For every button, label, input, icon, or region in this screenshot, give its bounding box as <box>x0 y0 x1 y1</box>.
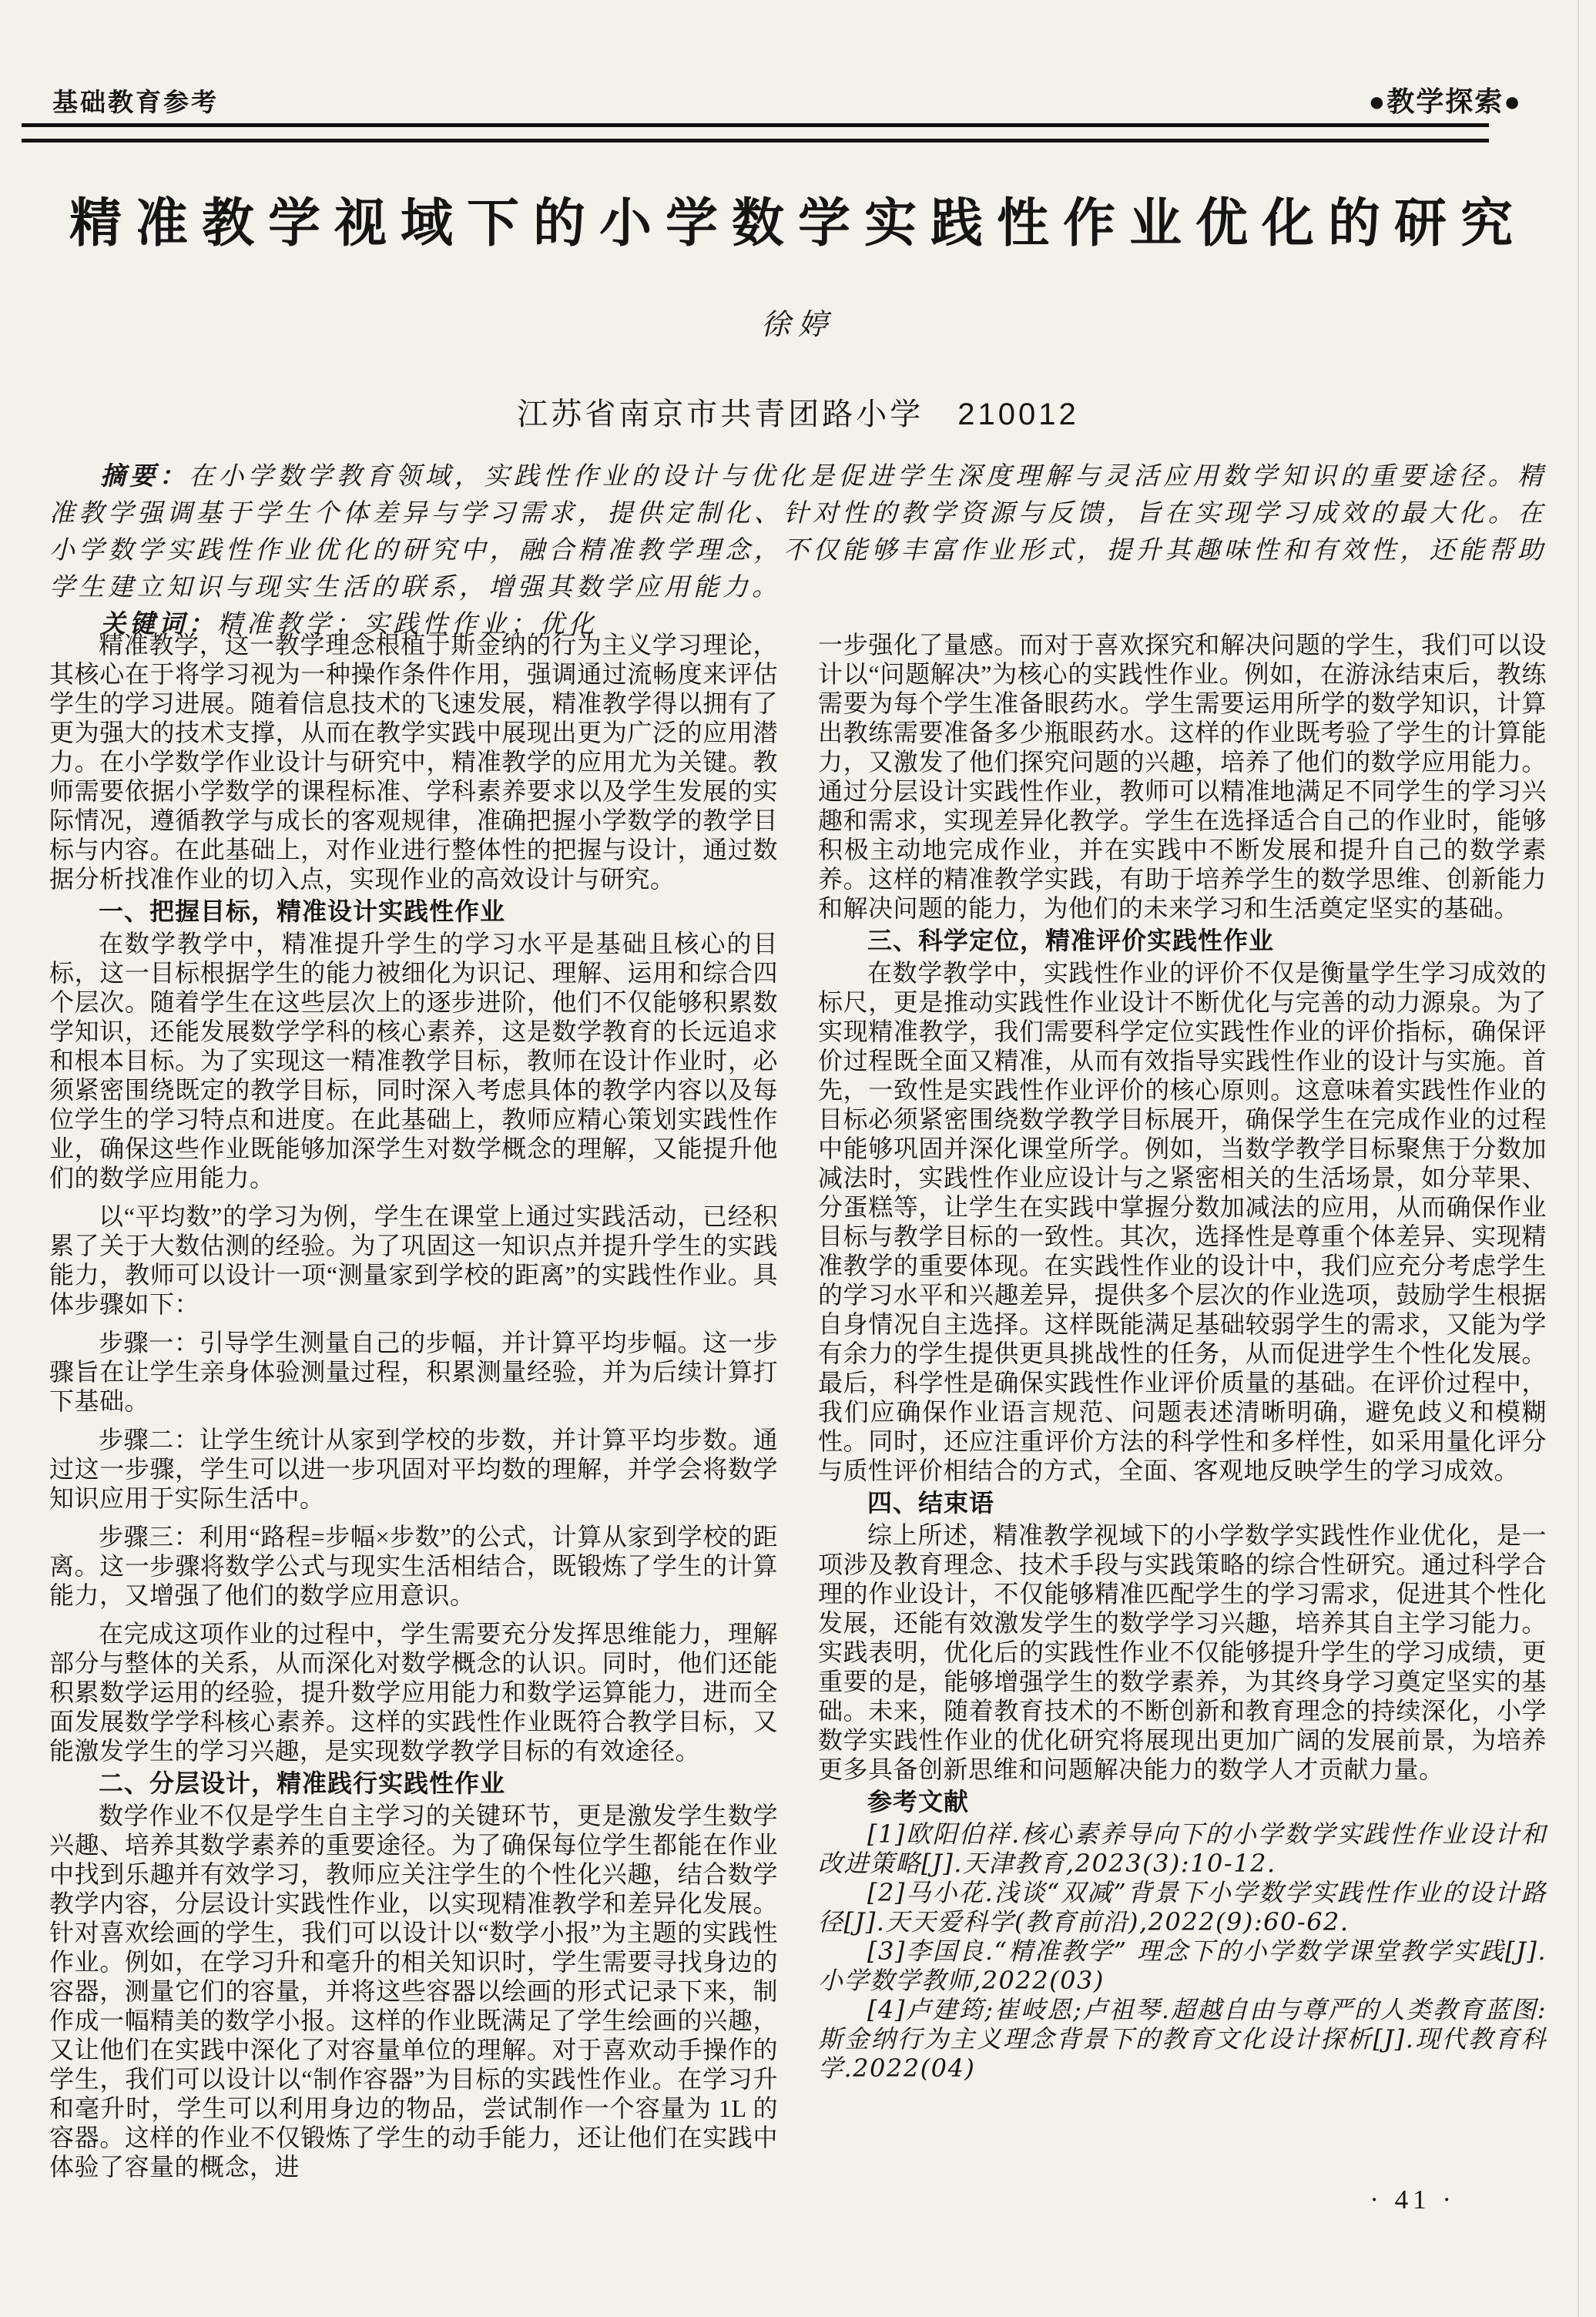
reference-item: [2]马小花.浅谈“双减”背景下小学数学实践性作业的设计路径[J].天天爱科学(… <box>818 1878 1547 1936</box>
abstract-label: 摘要： <box>100 461 189 491</box>
paragraph: 精准教学，这一教学理念根植于斯金纳的行为主义学习理论，其核心在于将学习视为一种操… <box>49 630 778 894</box>
article-body: 精准教学，这一教学理念根植于斯金纳的行为主义学习理论，其核心在于将学习视为一种操… <box>49 630 1547 2181</box>
frontmatter: 摘要：在小学数学教育领域，实践性作业的设计与优化是促进学生深度理解与灵活应用数学… <box>49 458 1547 642</box>
section-label: ●教学探索● <box>1369 80 1523 119</box>
paragraph: 在数学教学中，精准提升学生的学习水平是基础且核心的目标，这一目标根据学生的能力被… <box>49 929 778 1192</box>
page-number: · 41 · <box>1370 2185 1456 2215</box>
paragraph: 在完成这项作业的过程中，学生需要充分发挥思维能力，理解部分与整体的关系，从而深化… <box>49 1619 778 1765</box>
section-heading-2: 二、分层设计，精准践行实践性作业 <box>49 1769 778 1798</box>
paragraph: 以“平均数”的学习为例，学生在课堂上通过实践活动，已经积累了关于大数估测的经验。… <box>49 1202 778 1319</box>
section-heading-1: 一、把握目标，精准设计实践性作业 <box>49 897 778 926</box>
paragraph-step-2: 步骤二：让学生统计从家到学校的步数，并计算平均步数。通过这一步骤，学生可以进一步… <box>49 1425 778 1513</box>
paragraph-step-3: 步骤三：利用“路程=步幅×步数”的公式，计算从家到学校的距离。这一步骤将数学公式… <box>49 1522 778 1610</box>
journal-name: 基础教育参考 <box>52 82 219 119</box>
section-heading-3: 三、科学定位，精准评价实践性作业 <box>818 926 1547 955</box>
author-name: 徐婷 <box>0 300 1596 343</box>
paragraph: 综上所述，精准教学视域下的小学数学实践性作业优化，是一项涉及教育理念、技术手段与… <box>818 1521 1547 1784</box>
reference-item: [4]卢建筠;崔岐恩;卢祖琴.超越自由与尊严的人类教育蓝图:斯金纳行为主义理念背… <box>818 1995 1547 2083</box>
references-heading: 参考文献 <box>818 1787 1547 1816</box>
abstract: 摘要：在小学数学教育领域，实践性作业的设计与优化是促进学生深度理解与灵活应用数学… <box>49 458 1547 605</box>
left-column: 精准教学，这一教学理念根植于斯金纳的行为主义学习理论，其核心在于将学习视为一种操… <box>49 630 778 2181</box>
header-divider <box>22 123 1489 143</box>
paragraph-continued: 一步强化了量感。而对于喜欢探究和解决问题的学生，我们可以设计以“问题解决”为核心… <box>818 630 1547 923</box>
article-title: 精准教学视域下的小学数学实践性作业优化的研究 <box>0 188 1596 259</box>
reference-item: [1]欧阳伯祥.核心素养导向下的小学数学实践性作业设计和改进策略[J].天津教育… <box>818 1819 1547 1878</box>
reference-item: [3]李国良.“精准教学” 理念下的小学数学课堂教学实践[J].小学数学教师,2… <box>818 1936 1547 1995</box>
section-heading-4: 四、结束语 <box>818 1488 1547 1517</box>
abstract-text: 在小学数学教育领域，实践性作业的设计与优化是促进学生深度理解与灵活应用数学知识的… <box>49 461 1547 602</box>
right-column: 一步强化了量感。而对于喜欢探究和解决问题的学生，我们可以设计以“问题解决”为核心… <box>818 630 1547 2181</box>
paragraph: 数学作业不仅是学生自主学习的关键环节，更是激发学生数学兴趣、培养其数学素养的重要… <box>49 1801 778 2181</box>
page-header: 基础教育参考 ●教学探索● <box>52 80 1522 119</box>
scanned-paper-page: 基础教育参考 ●教学探索● 精准教学视域下的小学数学实践性作业优化的研究 徐婷 … <box>0 0 1596 2317</box>
author-affiliation: 江苏省南京市共青团路小学 210012 <box>0 390 1596 434</box>
paragraph: 在数学教学中，实践性作业的评价不仅是衡量学生学习成效的标尺，更是推动实践性作业设… <box>818 958 1547 1485</box>
paragraph-step-1: 步骤一：引导学生测量自己的步幅，并计算平均步幅。这一步骤旨在让学生亲身体验测量过… <box>49 1328 778 1416</box>
